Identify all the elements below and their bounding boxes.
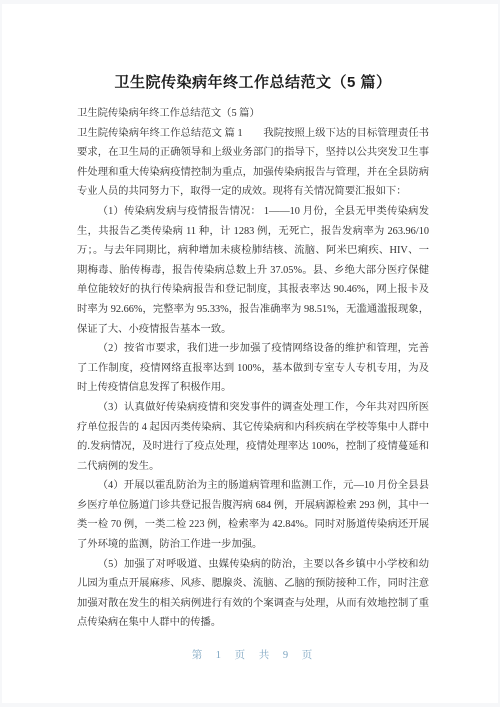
- paragraph: 卫生院传染病年终工作总结范文 篇 1 我院按照上级下达的目标管理责任书要求，在卫…: [77, 124, 429, 202]
- paragraph: （1）传染病发病与疫情报告情况： 1——10 月份，全县无甲类传染病发生，共报告…: [77, 202, 429, 339]
- paragraph: （3）认真做好传染病疫情和突发事件的调查处理工作，今年共对四所医疗单位报告的 4…: [77, 398, 429, 476]
- paragraph: （4）开展以霍乱防治为主的肠道病管理和监测工作，元—10 月份全县县乡医疗单位肠…: [77, 476, 429, 554]
- document-content: 卫生院传染病年终工作总结范文（5 篇） 卫生院传染病年终工作总结范文（5 篇）卫…: [2, 4, 498, 662]
- document-page: 卫生院传染病年终工作总结范文（5 篇） 卫生院传染病年终工作总结范文（5 篇）卫…: [2, 4, 498, 703]
- paragraph: （2）按省市要求，我们进一步加强了疫情网络设备的维护和管理，完善了工作制度，疫情…: [77, 339, 429, 398]
- page-number-indicator: 第 1 页 共 9 页: [77, 647, 429, 662]
- paragraph: （5）加强了对呼吸道、虫媒传染病的防治，主要以各乡镇中小学校和幼儿园为重点开展麻…: [77, 555, 429, 633]
- document-body: 卫生院传染病年终工作总结范文（5 篇）卫生院传染病年终工作总结范文 篇 1 我院…: [77, 104, 429, 633]
- paragraph: 卫生院传染病年终工作总结范文（5 篇）: [77, 104, 429, 124]
- document-canvas: 卫生院传染病年终工作总结范文（5 篇） 卫生院传染病年终工作总结范文（5 篇）卫…: [0, 0, 500, 707]
- document-title: 卫生院传染病年终工作总结范文（5 篇）: [77, 72, 429, 94]
